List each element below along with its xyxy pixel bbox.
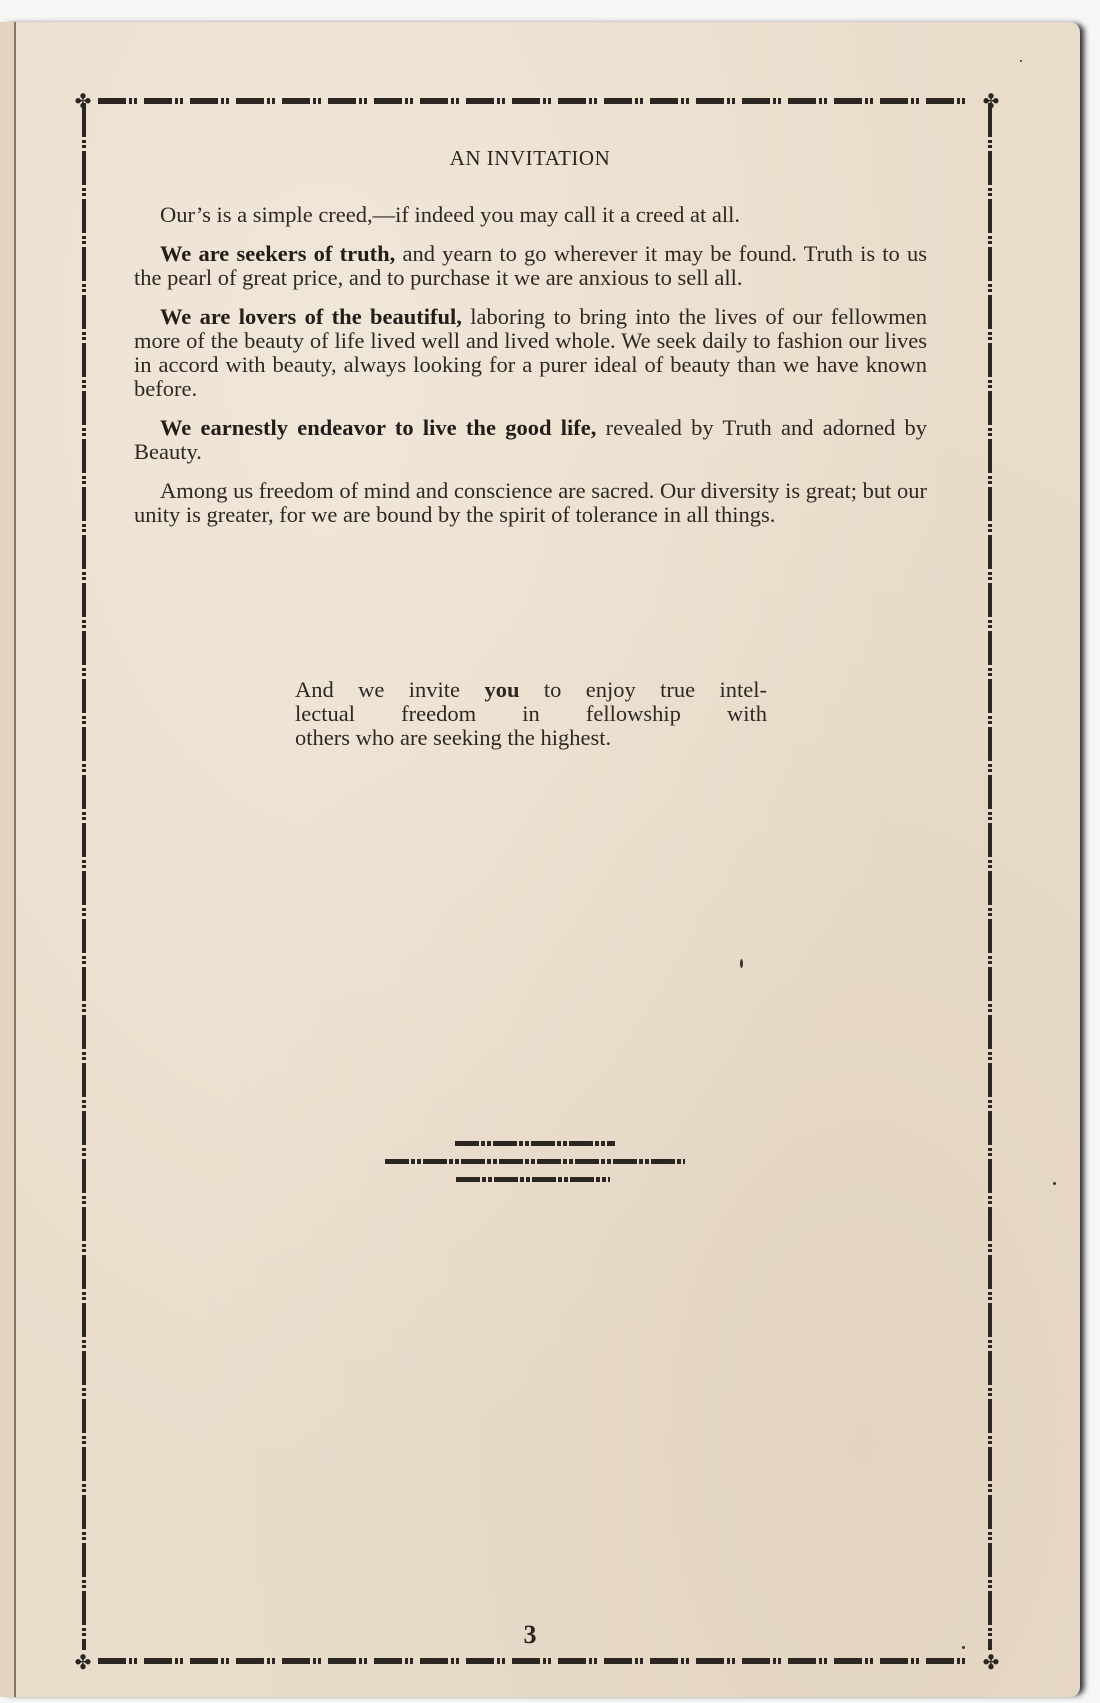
closing-text: to enjoy true intel- [519,677,767,702]
paragraph-text: Our’s is a simple creed,—if indeed you m… [160,202,740,227]
page-number: 3 [0,1620,1060,1650]
paragraph-bold-lead: We earnestly endeavor to live the good l… [160,415,596,440]
border-right-rule [988,103,992,1650]
paragraph-bold-lead: We are lovers of the beautiful, [160,304,462,329]
paper-speck [1053,1182,1056,1185]
paragraph-text: Among us freedom of mind and conscience … [134,478,927,527]
ornament-line-bottom [456,1177,610,1182]
border-top-rule [94,98,972,104]
fleuron-corner-icon: ✤ [73,1652,93,1672]
closing-line-1: And we invite you to enjoy true intel- [295,678,767,702]
page-fold-line [14,22,16,1697]
paragraph: We are lovers of the beautiful, laboring… [134,305,927,401]
body-text: Our’s is a simple creed,—if indeed you m… [134,203,927,542]
closing-line-3: others who are seeking the highest. [295,726,767,750]
fleuron-corner-icon: ✤ [73,91,93,111]
page-title: AN INVITATION [0,146,1060,171]
closing-line-2: lectual freedom in fellowship with [295,702,767,726]
paper-speck [1020,60,1022,62]
border-bottom-rule [94,1658,972,1664]
paragraph: We earnestly endeavor to live the good l… [134,416,927,464]
closing-invitation: And we invite you to enjoy true intel- l… [295,678,767,750]
paragraph-bold-lead: We are seekers of truth, [160,241,395,266]
ornament-line-top [455,1141,615,1146]
closing-emphasis: you [484,677,519,702]
paragraph: Our’s is a simple creed,—if indeed you m… [134,203,927,227]
booklet-page: ✤ ✤ ✤ ✤ AN INVITATION Our’s is a simple … [0,22,1080,1697]
facing-page-edge [0,22,14,1697]
paragraph: We are seekers of truth, and yearn to go… [134,242,927,290]
paper-speck [740,959,743,968]
fleuron-corner-icon: ✤ [981,91,1001,111]
fleuron-corner-icon: ✤ [981,1652,1001,1672]
border-left-rule [82,103,86,1650]
paper-speck [962,1646,965,1649]
closing-text: And we invite [295,677,484,702]
paragraph: Among us freedom of mind and conscience … [134,479,927,527]
ornament-line-middle [385,1159,685,1164]
